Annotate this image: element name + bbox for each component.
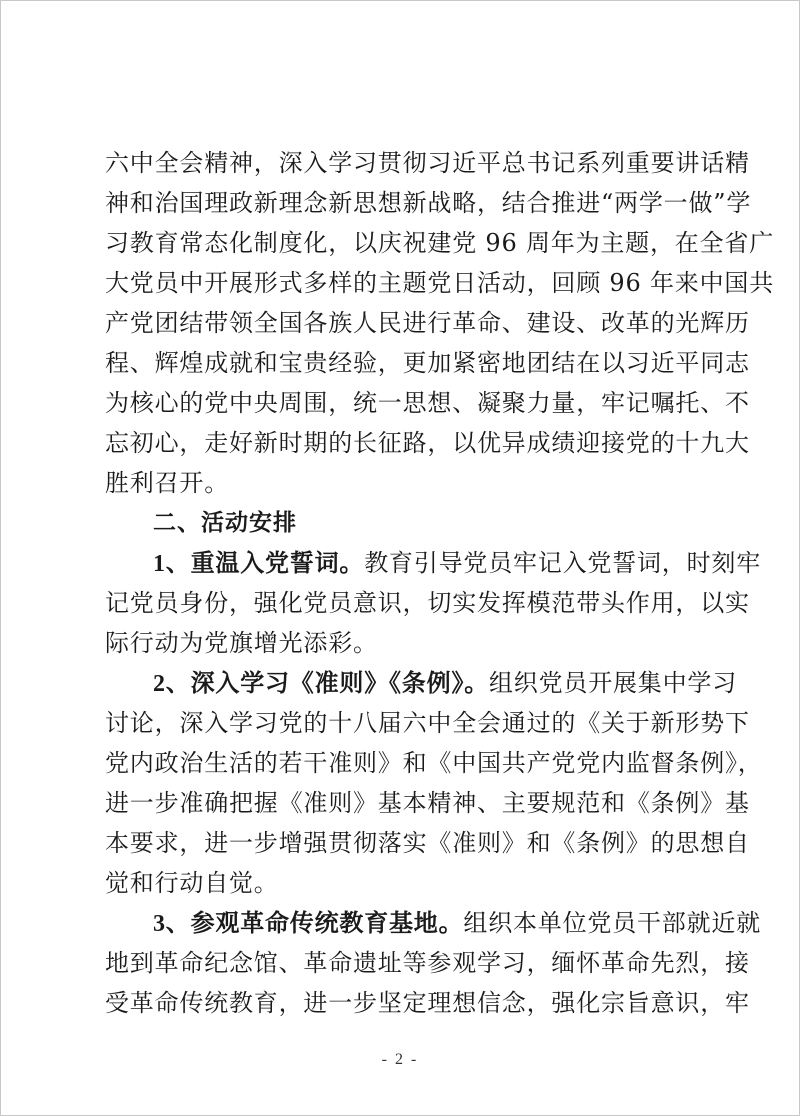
text-line: 记党员身份，强化党员意识，切实发挥模范带头作用，以实 (105, 583, 701, 623)
text-line: 2、深入学习《准则》《条例》。组织党员开展集中学习 (105, 663, 701, 703)
text-line: 讨论，深入学习党的十八届六中全会通过的《关于新形势下 (105, 703, 701, 743)
text-line: 程、辉煌成就和宝贵经验，更加紧密地团结在以习近平同志 (105, 343, 701, 383)
text-line: 际行动为党旗增光添彩。 (105, 623, 701, 663)
document-body: 六中全会精神，深入学习贯彻习近平总书记系列重要讲话精 神和治国理政新理念新思想新… (105, 143, 701, 1023)
text-line: 3、参观革命传统教育基地。组织本单位党员干部就近就 (105, 903, 701, 943)
text-line: 神和治国理政新理念新思想新战略，结合推进“两学一做”学 (105, 183, 701, 223)
text-line: 六中全会精神，深入学习贯彻习近平总书记系列重要讲话精 (105, 143, 701, 183)
text-line: 胜利召开。 (105, 463, 701, 503)
paragraph-item-3: 3、参观革命传统教育基地。组织本单位党员干部就近就 地到革命纪念馆、革命遗址等参… (105, 903, 701, 1023)
page-number: - 2 - (1, 1051, 799, 1069)
text-line: 产党团结带领全国各族人民进行革命、建设、改革的光辉历 (105, 303, 701, 343)
text-line: 习教育常态化制度化，以庆祝建党 96 周年为主题，在全省广 (105, 223, 701, 263)
document-page: 六中全会精神，深入学习贯彻习近平总书记系列重要讲话精 神和治国理政新理念新思想新… (0, 0, 800, 1116)
text-line: 进一步准确把握《准则》基本精神、主要规范和《条例》基 (105, 783, 701, 823)
item-text: 教育引导党员牢记入党誓词，时刻牢 (364, 549, 761, 577)
item-text: 组织本单位党员干部就近就 (463, 909, 761, 937)
item-subhead: 1、重温入党誓词。 (153, 551, 364, 577)
text-line: 觉和行动自觉。 (105, 863, 701, 903)
text-line: 大党员中开展形式多样的主题党日活动，回顾 96 年来中国共 (105, 263, 701, 303)
text-line: 为核心的党中央周围，统一思想、凝聚力量，牢记嘱托、不 (105, 383, 701, 423)
item-subhead: 3、参观革命传统教育基地。 (153, 911, 463, 937)
paragraph-item-2: 2、深入学习《准则》《条例》。组织党员开展集中学习 讨论，深入学习党的十八届六中… (105, 663, 701, 903)
section-heading-activity-arrangement: 二、活动安排 (105, 503, 701, 543)
text-line: 1、重温入党誓词。教育引导党员牢记入党誓词，时刻牢 (105, 543, 701, 583)
section-heading: 二、活动安排 (105, 503, 701, 543)
item-subhead: 2、深入学习《准则》《条例》。 (153, 671, 489, 697)
text-line: 本要求，进一步增强贯彻落实《准则》和《条例》的思想自 (105, 823, 701, 863)
text-line: 地到革命纪念馆、革命遗址等参观学习，缅怀革命先烈，接 (105, 943, 701, 983)
text-line: 党内政治生活的若干准则》和《中国共产党党内监督条例》， (105, 743, 701, 783)
paragraph-intro: 六中全会精神，深入学习贯彻习近平总书记系列重要讲话精 神和治国理政新理念新思想新… (105, 143, 701, 503)
text-line: 受革命传统教育，进一步坚定理想信念，强化宗旨意识，牢 (105, 983, 701, 1023)
text-line: 忘初心，走好新时期的长征路，以优异成绩迎接党的十九大 (105, 423, 701, 463)
paragraph-item-1: 1、重温入党誓词。教育引导党员牢记入党誓词，时刻牢 记党员身份，强化党员意识，切… (105, 543, 701, 663)
item-text: 组织党员开展集中学习 (489, 669, 737, 697)
